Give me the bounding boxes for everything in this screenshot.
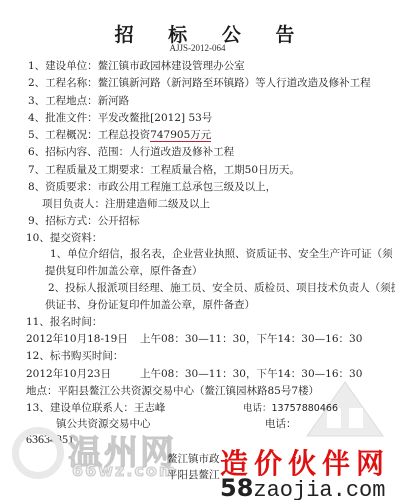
signature-line-2: 平阳县鳌江 [167,467,220,482]
purchase-hours: 上午08：30—11：30，下午14：30—16：30 [140,366,362,381]
swirl-logo-icon [12,427,64,479]
brand-site-domain: zaojia.com [253,478,385,500]
item-6: 6、招标内容、范围：人行道改造及修补工程 [28,144,234,159]
wenzhou-net-logo: 温州网 66wz.com [10,425,180,480]
item-number: 1、 [28,60,45,72]
item-label: 提交资料： [50,232,103,244]
material-1-line2: 提供复印件加盖公章，原件备查） [45,263,203,278]
item-label: 工程质量及工期要求： [45,164,150,176]
brand-site: 58zaojia.com [220,474,385,500]
item-9: 9、招标方式：公开招标 [28,213,140,228]
document-code: AJJS-2012-064 [0,43,395,53]
material-2-line2: 供证书、身份证复印件加盖公章，原件备查） [45,297,255,312]
item-label: 工程概况： [45,129,98,141]
phone-2-label: 电话： [265,416,297,431]
item-3: 3、工程地点：新河路 [28,93,129,108]
item-value: 人行道改造及修补工程 [129,146,234,158]
item-value: 市政公用工程施工总承包三级及以上， [98,181,277,193]
signature-line-1: 鳌江镇市政 [167,451,220,466]
registration-heading: 11、报名时间： [26,314,102,329]
item-number: 2、 [28,77,45,89]
material-1-line1: 1、单位介绍信，报名表，企业营业执照、资质证书、安全生产许可证（须 [50,246,393,261]
item-value: 平发改鳌批[2012] 53号 [98,112,213,124]
item-label: 批准文件： [45,112,98,124]
item-number: 5、 [28,129,45,141]
contact-heading: 13、建设单位联系人：王志峰 [26,400,165,415]
item-label: 建设单位： [45,60,98,72]
material-2-line1: 2、投标人报派项目经理、施工员、安全员、质检员、项目技术负责人（须提 [48,280,395,295]
purchase-location: 地点：平阳县鳌江公共资源交易中心（鳌江镇园林路85号7楼） [26,383,319,398]
purchase-date: 2012年10月23日 [26,366,111,381]
item-value: 工程总投资 [98,129,151,141]
item-number: 4、 [28,112,45,124]
logo-domain: 66wz.com [72,461,178,480]
item-label: 项目负责人： [42,198,105,210]
item-number: 10、 [26,232,50,244]
item-5: 5、工程概况：工程总投资747905万元 [28,127,211,142]
item-label: 招标内容、范围： [45,146,129,158]
purchase-heading: 12、标书购买时间： [26,348,123,363]
item-value: 鳌江镇市政园林建设管理办公室 [98,60,245,72]
item-label: 资质要求： [45,181,98,193]
item-number: 9、 [28,215,45,227]
investment-amount: 747905万元 [150,129,211,142]
item-8: 8、资质要求：市政公用工程施工总承包三级及以上， [28,179,276,194]
item-10: 10、提交资料： [26,230,102,245]
item-value: 注册建造师二级及以上 [105,198,210,210]
item-value: 新河路 [98,95,130,107]
item-number: 6、 [28,146,45,158]
item-number: 3、 [28,95,45,107]
item-2: 2、工程名称：鳌江镇新河路（新河路至环镇路）等人行道改造及修补工程 [28,75,371,90]
item-value: 工程质量合格，工期50日历天。 [150,164,300,176]
item-value: 公开招标 [98,215,140,227]
item-7: 7、工程质量及工期要求：工程质量合格，工期50日历天。 [28,162,300,177]
item-value: 鳌江镇新河路（新河路至环镇路）等人行道改造及修补工程 [98,77,371,89]
registration-date: 2012年10月18-19日 [26,331,128,346]
item-8-project-lead: 项目负责人：注册建造师二级及以上 [42,196,210,211]
item-4: 4、批准文件：平发改鳌批[2012] 53号 [28,110,212,125]
item-number: 7、 [28,164,45,176]
brand-site-number: 58 [220,474,253,500]
item-label: 工程地点： [45,95,98,107]
contact-phone-1: 电话：13757880466 [243,400,338,414]
item-label: 工程名称： [45,77,98,89]
registration-hours: 上午08：30—11：30，下午14：30—16：30 [140,331,362,346]
item-1: 1、建设单位：鳌江镇市政园林建设管理办公室 [28,58,245,73]
item-label: 招标方式： [45,215,98,227]
item-number: 8、 [28,181,45,193]
